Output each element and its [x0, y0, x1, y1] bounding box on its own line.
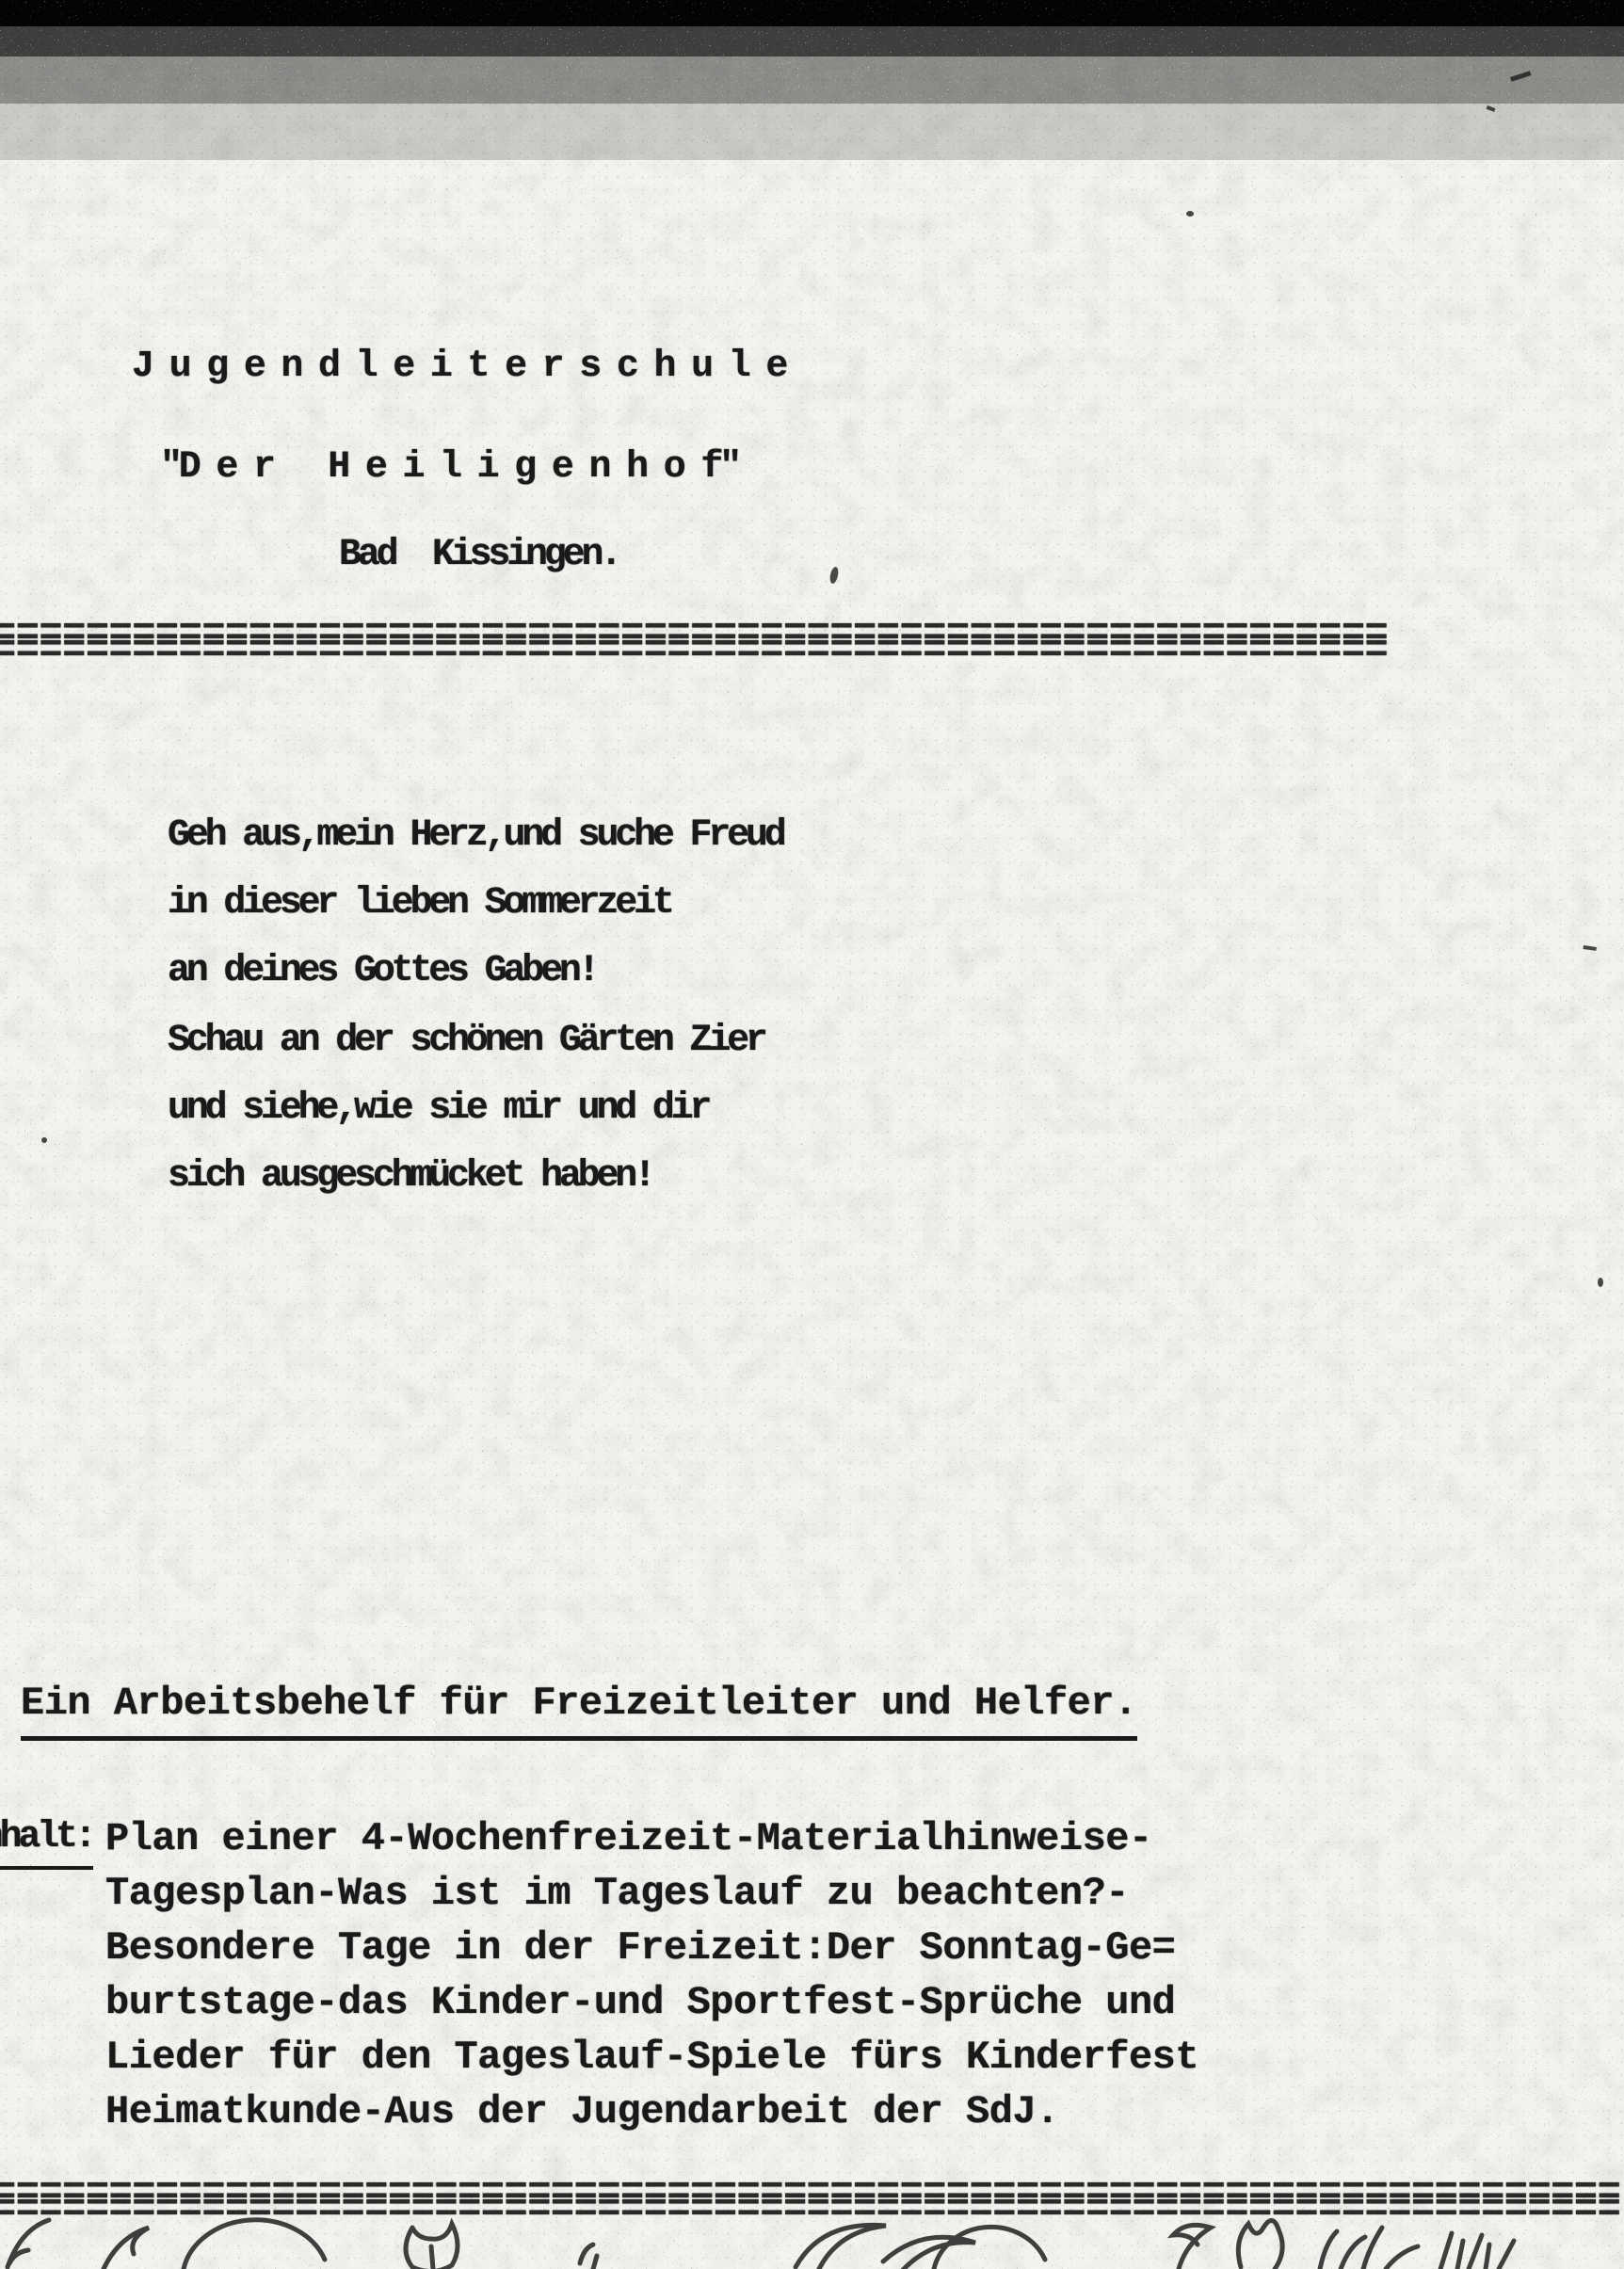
section-heading: Ein Arbeitsbehelf für Freizeitleiter und… [21, 1682, 1137, 1741]
inhalt-line: burtstage-das Kinder-und Sportfest-Sprüc… [105, 1981, 1175, 2024]
section-heading-wrap: Ein Arbeitsbehelf für Freizeitleiter und… [21, 1682, 1137, 1741]
poem-line: sich ausgeschmücket haben! [168, 1156, 652, 1198]
school-name: J u g e n d l e i t e r s c h u l e [132, 346, 784, 388]
poem-line: in dieser lieben Sommerzeit [168, 883, 671, 925]
school-house-name: "D e r H e i l i g e n h o f" [160, 447, 738, 489]
grass-doodle [1440, 2233, 1514, 2269]
school-location: Bad Kissingen. [339, 535, 619, 576]
double-rule-top-row2: ========================================… [0, 629, 1388, 672]
inhalt-label: Inhalt: [0, 1817, 93, 1870]
top-edge-noise [0, 0, 1624, 160]
poem-line: Geh aus,mein Herz,und suche Freud [168, 815, 783, 857]
grass-doodle [1320, 2228, 1418, 2269]
poem-line: Schau an der schönen Gärten Zier [168, 1021, 764, 1062]
sprout-doodle [580, 2245, 597, 2269]
scanned-document-page: J u g e n d l e i t e r s c h u l e "D e… [0, 0, 1624, 2269]
poem-line: an deines Gottes Gaben! [168, 951, 597, 992]
poem-line: und siehe,wie sie mir und dir [168, 1088, 708, 1130]
inhalt-line: Plan einer 4-Wochenfreizeit-Materialhinw… [105, 1817, 1152, 1860]
double-rule-bottom-row2: ========================================… [0, 2188, 1620, 2231]
inhalt-line: Heimatkunde-Aus der Jugendarbeit der SdJ… [105, 2090, 1059, 2133]
inhalt-line: Tagesplan-Was ist im Tageslauf zu beacht… [105, 1872, 1129, 1915]
round-bloom-doodle [934, 2227, 1045, 2269]
leaf-doodle [104, 2228, 149, 2269]
inhalt-line: Besondere Tage in der Freizeit:Der Sonnt… [105, 1926, 1175, 1970]
inhalt-line: Lieder für den Tageslauf-Spiele fürs Kin… [105, 2036, 1198, 2079]
inhalt-label-wrap: Inhalt: [0, 1817, 93, 1870]
